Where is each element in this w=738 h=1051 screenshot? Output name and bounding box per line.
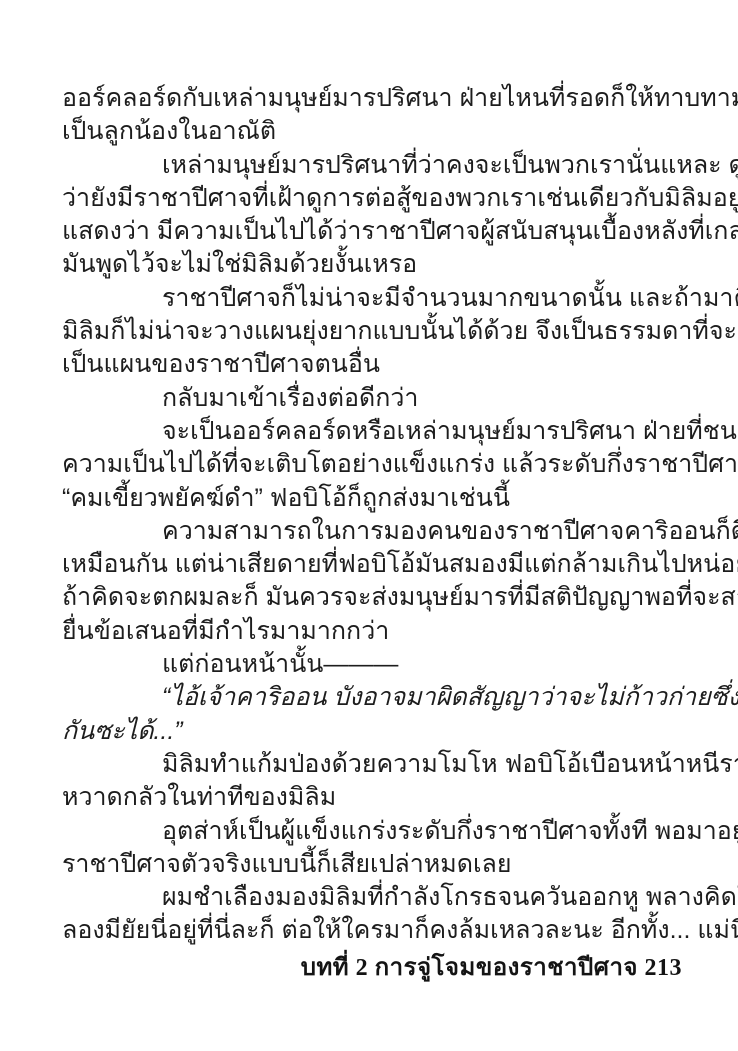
text-line: แต่ก่อนหน้านั้น———: [62, 648, 682, 681]
text-line: ราชาปีศาจก็ไม่น่าจะมีจำนวนมากขนาดนั้น แล…: [62, 282, 682, 315]
text-line: ว่ายังมีราชาปีศาจที่เฝ้าดูการต่อสู้ของพว…: [62, 182, 682, 215]
text-line: เหล่ามนุษย์มารปริศนาที่ว่าคงจะเป็นพวกเรา…: [62, 149, 682, 182]
text-line: แสดงว่า มีความเป็นไปได้ว่าราชาปีศาจผู้สน…: [62, 215, 682, 248]
text-line: ความสามารถในการมองคนของราชาปีศาจคาริออนก…: [62, 515, 682, 548]
text-line: หวาดกลัวในท่าทีของมิลิม: [62, 781, 682, 814]
book-page: ออร์คลอร์ดกับเหล่ามนุษย์มารปริศนา ฝ่ายไห…: [0, 0, 738, 1051]
text-line: “คมเขี้ยวพยัคฆ์ดำ” ฟอบิโอ้ก็ถูกส่งมาเช่น…: [62, 482, 682, 515]
page-footer-chapter-title: บทที่ 2 การจู่โจมของราชาปีศาจ 213: [62, 947, 682, 986]
text-line: อุตส่าห์เป็นผู้แข็งแกร่งระดับกึ่งราชาปีศ…: [62, 815, 682, 848]
text-line: ราชาปีศาจตัวจริงแบบนี้ก็เสียเปล่าหมดเลย: [62, 848, 682, 881]
text-line: จะเป็นออร์คลอร์ดหรือเหล่ามนุษย์มารปริศนา…: [62, 415, 682, 448]
text-line: ความเป็นไปได้ที่จะเติบโตอย่างแข็งแกร่ง แ…: [62, 448, 682, 481]
text-line: “ไอ้เจ้าคาริออน บังอาจมาผิดสัญญาว่าจะไม่…: [62, 681, 682, 714]
text-line: มิลิมก็ไม่น่าจะวางแผนยุ่งยากแบบนั้นได้ด้…: [62, 315, 682, 348]
text-line: ลองมียัยนี่อยู่ที่นี่ละก็ ต่อให้ใครมาก็ค…: [62, 914, 682, 947]
text-line: ยื่นข้อเสนอที่มีกำไรมามากกว่า: [62, 615, 682, 648]
text-line: มิลิมทำแก้มป่องด้วยความโมโห ฟอบิโอ้เบือน…: [62, 748, 682, 781]
text-line: ถ้าคิดจะตกผมละก็ มันควรจะส่งมนุษย์มารที่…: [62, 581, 682, 614]
text-line: มันพูดไว้จะไม่ใช่มิลิมด้วยงั้นเหรอ: [62, 248, 682, 281]
text-line: เป็นลูกน้องในอาณัติ: [62, 115, 682, 148]
text-line: ออร์คลอร์ดกับเหล่ามนุษย์มารปริศนา ฝ่ายไห…: [62, 82, 682, 115]
text-line: เป็นแผนของราชาปีศาจตนอื่น: [62, 348, 682, 381]
text-line: กันซะได้...”: [62, 715, 682, 748]
text-line: กลับมาเข้าเรื่องต่อดีกว่า: [62, 382, 682, 415]
text-line: ผมชำเลืองมองมิลิมที่กำลังโกรธจนควันออกหู…: [62, 881, 682, 914]
body-text: ออร์คลอร์ดกับเหล่ามนุษย์มารปริศนา ฝ่ายไห…: [62, 82, 682, 948]
text-line: เหมือนกัน แต่น่าเสียดายที่ฟอบิโอ้มันสมอง…: [62, 548, 682, 581]
